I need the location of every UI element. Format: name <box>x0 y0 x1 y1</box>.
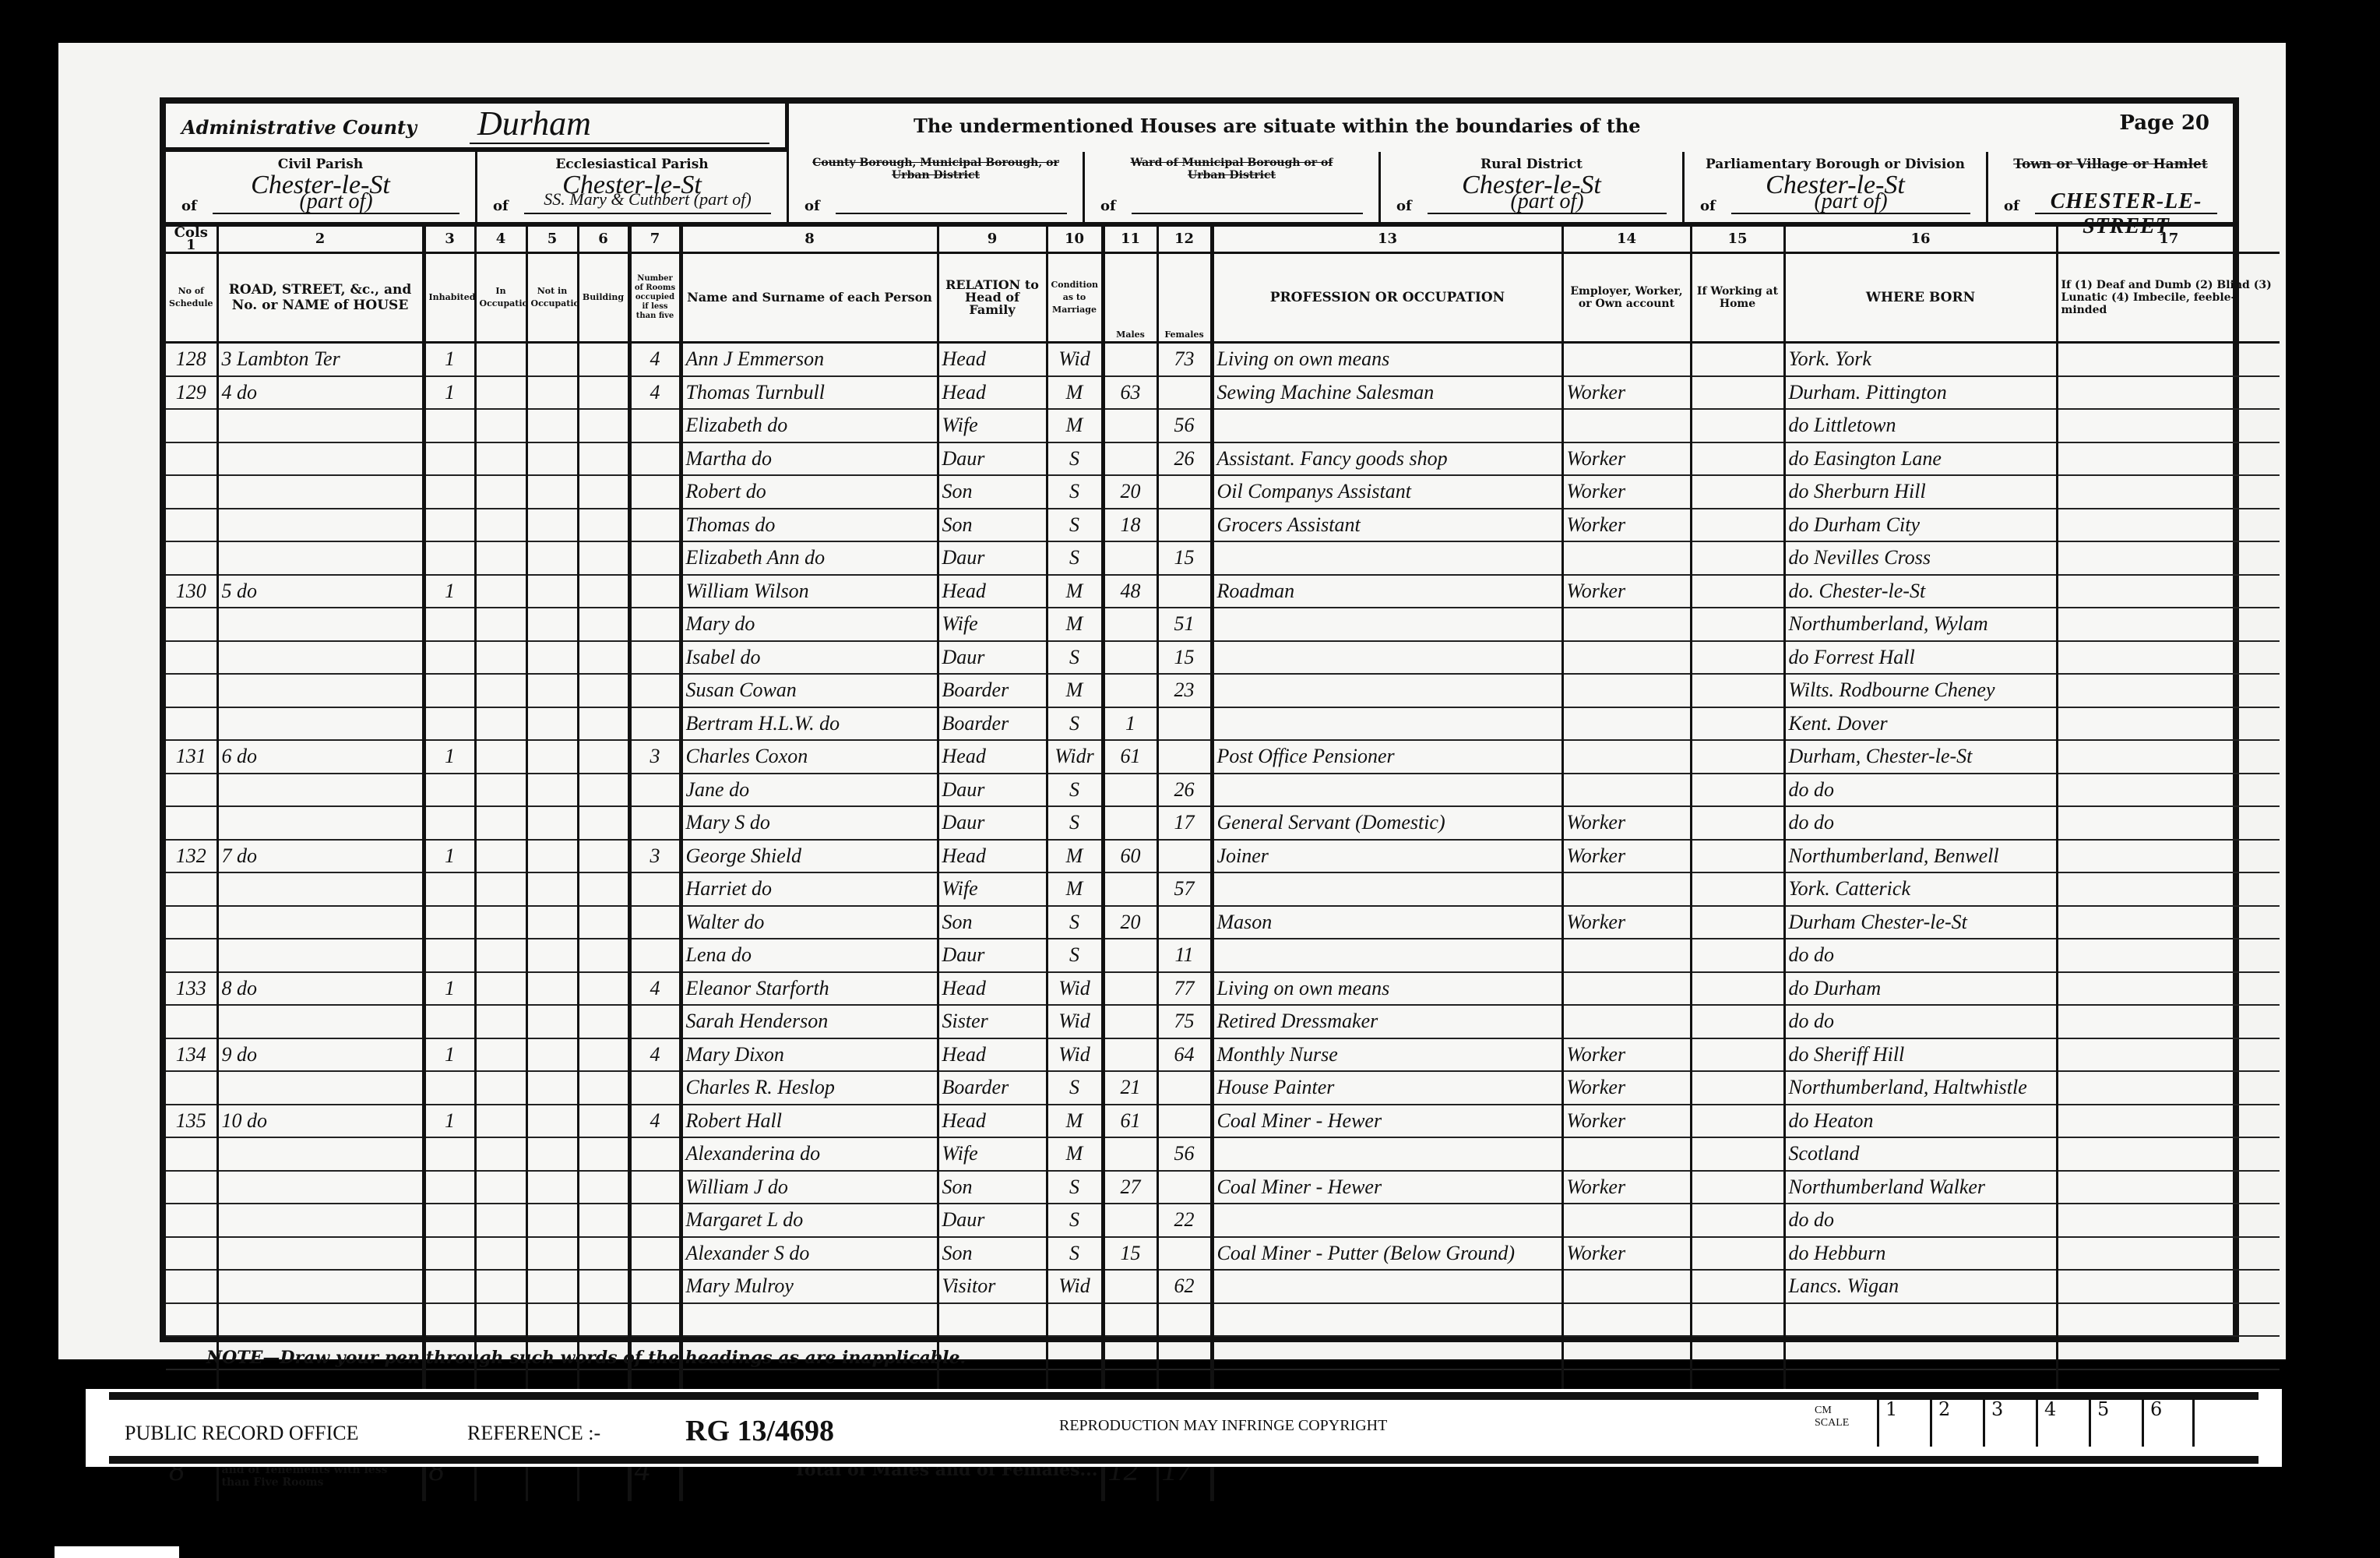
cell-female-age: 22 <box>1157 1204 1212 1237</box>
cell-employer <box>1562 1270 1691 1303</box>
cell-born: do Hebburn <box>1784 1237 2057 1271</box>
cell-condition: Wid <box>1047 972 1103 1006</box>
cell-condition: S <box>1047 806 1103 840</box>
cell-born: Northumberland Walker <box>1784 1171 2057 1204</box>
cell-inhabited <box>424 1137 475 1171</box>
cell-rooms: 4 <box>629 343 681 376</box>
cell-schedule <box>166 442 217 476</box>
cell-male-age <box>1103 939 1157 972</box>
cell-rooms <box>629 575 681 608</box>
cell-schedule: 135 <box>166 1105 217 1138</box>
table-row: Martha doDaurS26Assistant. Fancy goods s… <box>166 442 2280 476</box>
cell-born: do do <box>1784 774 2057 807</box>
cell-address: 7 do <box>217 840 424 873</box>
cell-address <box>217 409 424 442</box>
cell-male-age <box>1103 1137 1157 1171</box>
admin-county-value: Durham <box>477 104 591 143</box>
header-females: Females <box>1157 253 1212 343</box>
cell-name: Elizabeth do <box>681 409 938 442</box>
cell-infirmity <box>2057 541 2280 575</box>
cell-schedule <box>166 1171 217 1204</box>
cell-condition: Wid <box>1047 343 1103 376</box>
header-relation: RELATION to Head of Family <box>938 253 1047 343</box>
cell-born: Wilts. Rodbourne Cheney <box>1784 674 2057 707</box>
cell-inhabited <box>424 509 475 542</box>
cell-address <box>217 1270 424 1303</box>
column-headers: No of Schedule ROAD, STREET, &c., and No… <box>166 253 2280 343</box>
cell-relation: Head <box>938 343 1047 376</box>
cell-employer <box>1562 1137 1691 1171</box>
table-row: Sarah HendersonSisterWid75Retired Dressm… <box>166 1005 2280 1038</box>
cell-name: Mary Dixon <box>681 1038 938 1072</box>
cell-employer: Worker <box>1562 1038 1691 1072</box>
cell-inhabited <box>424 442 475 476</box>
header-building: Building <box>578 253 629 343</box>
cell-address: 10 do <box>217 1105 424 1138</box>
cell-relation: Daur <box>938 541 1047 575</box>
cell-male-age: 60 <box>1103 840 1157 873</box>
cell-infirmity <box>2057 674 2280 707</box>
cell-inhabited <box>424 939 475 972</box>
cell-inhabited <box>424 806 475 840</box>
cell-female-age <box>1157 575 1212 608</box>
header-not-in-occupation: Not in Occupation. <box>526 253 578 343</box>
cell-female-age: 26 <box>1157 442 1212 476</box>
cell-condition: M <box>1047 872 1103 906</box>
census-table: Cols 1 2 3 4 5 6 7 8 9 10 11 12 13 14 15… <box>166 227 2280 1501</box>
cell-occupation: Oil Companys Assistant <box>1212 475 1562 509</box>
cell-condition: S <box>1047 541 1103 575</box>
cell-occupation: Post Office Pensioner <box>1212 740 1562 774</box>
cell-female-age: 23 <box>1157 674 1212 707</box>
cell-infirmity <box>2057 939 2280 972</box>
cell-address <box>217 541 424 575</box>
cell-schedule <box>166 409 217 442</box>
cell-relation: Wife <box>938 409 1047 442</box>
cell-employer: Worker <box>1562 575 1691 608</box>
cell-infirmity <box>2057 840 2280 873</box>
cell-occupation <box>1212 707 1562 741</box>
table-row: Mary S doDaurS17General Servant (Domesti… <box>166 806 2280 840</box>
cell-schedule: 134 <box>166 1038 217 1072</box>
cell-employer <box>1562 541 1691 575</box>
page-number: Page 20 <box>2119 111 2209 135</box>
cell-female-age: 73 <box>1157 343 1212 376</box>
header-in-occupation: In Occupation. <box>475 253 526 343</box>
cell-name: Mary Mulroy <box>681 1270 938 1303</box>
cell-male-age <box>1103 972 1157 1006</box>
header-where-born: WHERE BORN <box>1784 253 2057 343</box>
header-rooms: Number of Rooms occupied if less than fi… <box>629 253 681 343</box>
cell-infirmity <box>2057 343 2280 376</box>
table-row: Mary MulroyVisitorWid62Lancs. Wigan <box>166 1270 2280 1303</box>
cell-infirmity <box>2057 1171 2280 1204</box>
cell-male-age <box>1103 409 1157 442</box>
cell-schedule <box>166 1204 217 1237</box>
table-row <box>166 1303 2280 1337</box>
cell-condition: M <box>1047 1105 1103 1138</box>
cell-female-age: 56 <box>1157 409 1212 442</box>
cell-inhabited <box>424 774 475 807</box>
cell-relation: Head <box>938 840 1047 873</box>
cell-male-age: 61 <box>1103 1105 1157 1138</box>
cell-born: Lancs. Wigan <box>1784 1270 2057 1303</box>
census-rows: 1283 Lambton Ter14Ann J EmmersonHeadWid7… <box>166 343 2280 1437</box>
cell-rooms <box>629 509 681 542</box>
cell-relation: Boarder <box>938 707 1047 741</box>
cm-scale: 1 2 3 4 5 6 <box>1877 1398 2195 1447</box>
cell-condition: S <box>1047 1071 1103 1105</box>
cell-condition: Wid <box>1047 1270 1103 1303</box>
cell-rooms <box>629 674 681 707</box>
cell-inhabited <box>424 409 475 442</box>
cell-rooms <box>629 541 681 575</box>
cell-name: Alexander S do <box>681 1237 938 1271</box>
cell-inhabited <box>424 608 475 641</box>
cell-condition: M <box>1047 608 1103 641</box>
cell-name: Jane do <box>681 774 938 807</box>
cell-female-age: 51 <box>1157 608 1212 641</box>
cell-relation: Head <box>938 740 1047 774</box>
cell-employer <box>1562 740 1691 774</box>
cell-inhabited <box>424 475 475 509</box>
table-row: Elizabeth Ann doDaurS15do Nevilles Cross <box>166 541 2280 575</box>
cell-occupation <box>1212 774 1562 807</box>
cell-name: George Shield <box>681 840 938 873</box>
cell-name: Charles R. Heslop <box>681 1071 938 1105</box>
cell-name: Susan Cowan <box>681 674 938 707</box>
cell-name: William J do <box>681 1171 938 1204</box>
cell-occupation: Coal Miner - Putter (Below Ground) <box>1212 1237 1562 1271</box>
cell-schedule: 132 <box>166 840 217 873</box>
table-row: Charles R. HeslopBoarderS21House Painter… <box>166 1071 2280 1105</box>
cell-infirmity <box>2057 972 2280 1006</box>
footer-reference-label: REFERENCE :- <box>467 1422 600 1445</box>
cell-schedule <box>166 608 217 641</box>
header-infirmity: If (1) Deaf and Dumb (2) Blind (3) Lunat… <box>2057 253 2280 343</box>
cell-female-age <box>1157 906 1212 939</box>
cell-rooms <box>629 1137 681 1171</box>
cell-female-age <box>1157 840 1212 873</box>
cell-infirmity <box>2057 475 2280 509</box>
cell-schedule <box>166 541 217 575</box>
cell-address <box>217 1237 424 1271</box>
cell-address <box>217 674 424 707</box>
cell-born: Northumberland, Benwell <box>1784 840 2057 873</box>
table-row: Elizabeth doWifeM56do Littletown <box>166 409 2280 442</box>
cell-infirmity <box>2057 707 2280 741</box>
cell-schedule <box>166 906 217 939</box>
cell-relation: Head <box>938 972 1047 1006</box>
cell-name: Sarah Henderson <box>681 1005 938 1038</box>
cell-male-age: 27 <box>1103 1171 1157 1204</box>
table-row: Margaret L doDaurS22do do <box>166 1204 2280 1237</box>
cell-occupation: Roadman <box>1212 575 1562 608</box>
cell-inhabited <box>424 872 475 906</box>
header-condition: Condition as to Marriage <box>1047 253 1103 343</box>
cell-rooms <box>629 872 681 906</box>
cell-male-age <box>1103 1270 1157 1303</box>
cell-born: do Littletown <box>1784 409 2057 442</box>
ecclesiastical-parish: Ecclesiastical Parish Chester-le-St of S… <box>477 152 789 222</box>
cell-male-age: 20 <box>1103 475 1157 509</box>
cell-born: do Heaton <box>1784 1105 2057 1138</box>
cell-rooms <box>629 906 681 939</box>
cell-inhabited <box>424 674 475 707</box>
cell-address <box>217 1137 424 1171</box>
table-row: Susan CowanBoarderM23Wilts. Rodbourne Ch… <box>166 674 2280 707</box>
cell-inhabited <box>424 1171 475 1204</box>
district-headers: Civil Parish Chester-le-St of (part of) … <box>166 152 2233 227</box>
cell-rooms <box>629 641 681 675</box>
cell-employer <box>1562 972 1691 1006</box>
cell-occupation <box>1212 541 1562 575</box>
cell-born: do do <box>1784 939 2057 972</box>
cell-address <box>217 641 424 675</box>
cell-name: William Wilson <box>681 575 938 608</box>
cell-occupation <box>1212 409 1562 442</box>
cell-employer: Worker <box>1562 475 1691 509</box>
cell-inhabited: 1 <box>424 972 475 1006</box>
cell-name: Isabel do <box>681 641 938 675</box>
header-occupation: PROFESSION OR OCCUPATION <box>1212 253 1562 343</box>
cell-male-age <box>1103 806 1157 840</box>
cell-condition: Widr <box>1047 740 1103 774</box>
cell-born: do Sheriff Hill <box>1784 1038 2057 1072</box>
cell-inhabited: 1 <box>424 740 475 774</box>
cell-name: Martha do <box>681 442 938 476</box>
cell-relation: Son <box>938 1237 1047 1271</box>
cell-infirmity <box>2057 1071 2280 1105</box>
table-row: 1316 do13Charles CoxonHeadWidr61Post Off… <box>166 740 2280 774</box>
cell-relation: Head <box>938 376 1047 410</box>
cell-born: Durham Chester-le-St <box>1784 906 2057 939</box>
cell-inhabited <box>424 1204 475 1237</box>
cell-male-age <box>1103 541 1157 575</box>
cell-rooms: 4 <box>629 1105 681 1138</box>
cell-born: do. Chester-le-St <box>1784 575 2057 608</box>
cell-schedule <box>166 806 217 840</box>
footer-office: PUBLIC RECORD OFFICE <box>125 1422 359 1445</box>
cell-rooms <box>629 1204 681 1237</box>
cell-occupation <box>1212 939 1562 972</box>
cell-employer <box>1562 608 1691 641</box>
table-row: 13510 do14Robert HallHeadM61Coal Miner -… <box>166 1105 2280 1138</box>
cell-male-age <box>1103 774 1157 807</box>
cell-employer: Worker <box>1562 1105 1691 1138</box>
cell-born: Durham. Pittington <box>1784 376 2057 410</box>
cell-relation: Head <box>938 1038 1047 1072</box>
admin-county-label: Administrative County <box>181 116 417 139</box>
parliamentary-borough: Parliamentary Borough or Division Cheste… <box>1685 152 1988 222</box>
table-row: Robert doSonS20Oil Companys AssistantWor… <box>166 475 2280 509</box>
cell-relation: Son <box>938 906 1047 939</box>
cell-female-age: 57 <box>1157 872 1212 906</box>
cell-name: Ann J Emmerson <box>681 343 938 376</box>
header-schedule: No of Schedule <box>166 253 217 343</box>
cell-rooms <box>629 806 681 840</box>
header-inhabited: Inhabited <box>424 253 475 343</box>
cell-born: do Easington Lane <box>1784 442 2057 476</box>
cell-name: Mary do <box>681 608 938 641</box>
cell-female-age: 64 <box>1157 1038 1212 1072</box>
header-working-at-home: If Working at Home <box>1691 253 1784 343</box>
cell-name: Alexanderina do <box>681 1137 938 1171</box>
cell-employer: Worker <box>1562 906 1691 939</box>
cell-condition: S <box>1047 641 1103 675</box>
cell-employer <box>1562 1204 1691 1237</box>
table-row: Bertram H.L.W. doBoarderS1Kent. Dover <box>166 707 2280 741</box>
cell-female-age: 15 <box>1157 641 1212 675</box>
cell-condition: Wid <box>1047 1005 1103 1038</box>
cell-occupation <box>1212 1270 1562 1303</box>
cell-schedule <box>166 641 217 675</box>
cell-female-age <box>1157 509 1212 542</box>
cell-relation: Head <box>938 575 1047 608</box>
cell-schedule <box>166 1237 217 1271</box>
cell-infirmity <box>2057 409 2280 442</box>
cell-rooms <box>629 475 681 509</box>
cell-occupation <box>1212 674 1562 707</box>
cell-occupation: Joiner <box>1212 840 1562 873</box>
cell-infirmity <box>2057 1137 2280 1171</box>
cell-born: Northumberland, Haltwhistle <box>1784 1071 2057 1105</box>
cell-name: Robert do <box>681 475 938 509</box>
cell-schedule <box>166 1270 217 1303</box>
cell-infirmity <box>2057 575 2280 608</box>
cell-address <box>217 906 424 939</box>
cell-relation: Daur <box>938 939 1047 972</box>
cell-male-age: 63 <box>1103 376 1157 410</box>
cell-occupation: House Painter <box>1212 1071 1562 1105</box>
form-note: NOTE—Draw your pen through such words of… <box>206 1348 966 1368</box>
cell-address <box>217 1005 424 1038</box>
footer-copyright: REPRODUCTION MAY INFRINGE COPYRIGHT <box>1059 1417 1387 1435</box>
cell-employer: Worker <box>1562 1071 1691 1105</box>
cell-inhabited: 1 <box>424 376 475 410</box>
cell-condition: S <box>1047 774 1103 807</box>
cell-name: Robert Hall <box>681 1105 938 1138</box>
fill-line <box>470 143 769 144</box>
cell-condition: Wid <box>1047 1038 1103 1072</box>
cell-address <box>217 1204 424 1237</box>
cell-infirmity <box>2057 906 2280 939</box>
cell-relation: Visitor <box>938 1270 1047 1303</box>
table-row: Thomas doSonS18Grocers AssistantWorkerdo… <box>166 509 2280 542</box>
town-village-hamlet: Town or Village or Hamlet of CHESTER-LE-… <box>1988 152 2233 222</box>
header-name: Name and Surname of each Person <box>681 253 938 343</box>
cell-born: Scotland <box>1784 1137 2057 1171</box>
cell-employer: Worker <box>1562 806 1691 840</box>
cell-schedule <box>166 674 217 707</box>
cell-occupation: Monthly Nurse <box>1212 1038 1562 1072</box>
table-row: 1349 do14Mary DixonHeadWid64Monthly Nurs… <box>166 1038 2280 1072</box>
cell-employer: Worker <box>1562 442 1691 476</box>
cell-rooms <box>629 1171 681 1204</box>
cell-relation: Wife <box>938 608 1047 641</box>
cell-name: Lena do <box>681 939 938 972</box>
cell-male-age <box>1103 1204 1157 1237</box>
column-numbers: Cols 1 2 3 4 5 6 7 8 9 10 11 12 13 14 15… <box>166 227 2280 253</box>
cell-male-age: 15 <box>1103 1237 1157 1271</box>
cell-born: Durham, Chester-le-St <box>1784 740 2057 774</box>
cell-employer: Worker <box>1562 840 1691 873</box>
cell-rooms <box>629 707 681 741</box>
cell-employer: Worker <box>1562 509 1691 542</box>
cell-female-age <box>1157 707 1212 741</box>
cell-male-age <box>1103 442 1157 476</box>
cell-infirmity <box>2057 376 2280 410</box>
cell-schedule <box>166 872 217 906</box>
cell-male-age <box>1103 343 1157 376</box>
cell-female-age: 56 <box>1157 1137 1212 1171</box>
cell-address: 4 do <box>217 376 424 410</box>
cell-occupation: Living on own means <box>1212 343 1562 376</box>
cell-occupation: Grocers Assistant <box>1212 509 1562 542</box>
cell-relation: Wife <box>938 872 1047 906</box>
cell-infirmity <box>2057 1005 2280 1038</box>
cell-born: do do <box>1784 1005 2057 1038</box>
cell-name: Margaret L do <box>681 1204 938 1237</box>
cell-relation: Boarder <box>938 1071 1047 1105</box>
cell-male-age: 48 <box>1103 575 1157 608</box>
cell-schedule: 128 <box>166 343 217 376</box>
cell-female-age <box>1157 475 1212 509</box>
cell-condition: M <box>1047 376 1103 410</box>
cell-inhabited <box>424 1005 475 1038</box>
cell-born: Northumberland, Wylam <box>1784 608 2057 641</box>
cell-born: do Durham <box>1784 972 2057 1006</box>
cell-address <box>217 939 424 972</box>
cell-female-age <box>1157 1071 1212 1105</box>
cell-male-age <box>1103 1038 1157 1072</box>
cell-born: do Forrest Hall <box>1784 641 2057 675</box>
header-address: ROAD, STREET, &c., and No. or NAME of HO… <box>217 253 424 343</box>
cell-address: 5 do <box>217 575 424 608</box>
cell-address <box>217 475 424 509</box>
table-row: Jane doDaurS26do do <box>166 774 2280 807</box>
cell-schedule: 133 <box>166 972 217 1006</box>
cell-occupation <box>1212 1137 1562 1171</box>
form-title: The undermentioned Houses are situate wi… <box>914 115 1641 137</box>
cell-address <box>217 872 424 906</box>
cell-name: Mary S do <box>681 806 938 840</box>
footer-reference: RG 13/4698 <box>685 1414 834 1448</box>
cell-occupation <box>1212 608 1562 641</box>
cell-infirmity <box>2057 1038 2280 1072</box>
cell-address <box>217 774 424 807</box>
cell-employer <box>1562 872 1691 906</box>
cell-occupation: Sewing Machine Salesman <box>1212 376 1562 410</box>
table-row: Alexanderina doWifeM56Scotland <box>166 1137 2280 1171</box>
cell-female-age: 75 <box>1157 1005 1212 1038</box>
cell-condition: M <box>1047 840 1103 873</box>
cell-female-age <box>1157 376 1212 410</box>
admin-county-box: Administrative County Durham <box>166 104 789 152</box>
cell-occupation: Assistant. Fancy goods shop <box>1212 442 1562 476</box>
cell-relation: Daur <box>938 806 1047 840</box>
table-row: William J doSonS27Coal Miner - HewerWork… <box>166 1171 2280 1204</box>
cell-infirmity <box>2057 872 2280 906</box>
cell-condition: S <box>1047 939 1103 972</box>
cell-rooms <box>629 608 681 641</box>
cell-female-age <box>1157 740 1212 774</box>
cell-name: Harriet do <box>681 872 938 906</box>
cell-schedule: 130 <box>166 575 217 608</box>
cell-occupation: General Servant (Domestic) <box>1212 806 1562 840</box>
cell-employer <box>1562 641 1691 675</box>
cell-inhabited: 1 <box>424 840 475 873</box>
